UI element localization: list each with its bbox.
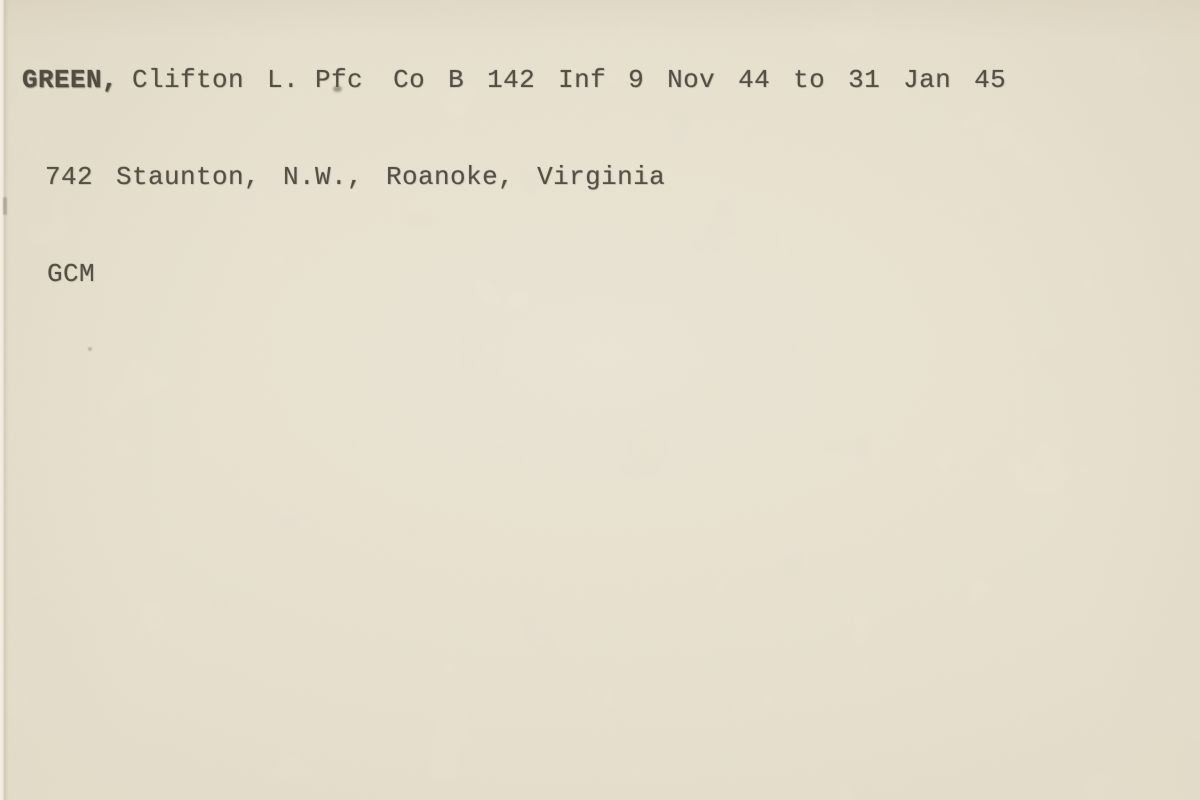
soldier-given-name: Clifton L.	[132, 62, 299, 99]
service-dates: 9 Nov 44 to 31 Jan 45	[628, 62, 1006, 99]
soldier-surname: GREEN,	[22, 62, 118, 99]
typed-text-block: GREEN, Clifton L. Pfc Co B 142 Inf 9 Nov…	[0, 2, 1200, 353]
soldier-rank: Pfc	[315, 62, 363, 99]
index-card: GREEN, Clifton L. Pfc Co B 142 Inf 9 Nov…	[0, 0, 1200, 800]
gcm-notation: GCM	[47, 256, 95, 293]
ink-speck	[333, 86, 342, 92]
faint-ink-speck	[88, 347, 92, 351]
typed-line-address: 742 Staunton, N.W., Roanoke, Virginia	[45, 159, 1200, 196]
soldier-address: 742 Staunton, N.W., Roanoke, Virginia	[45, 159, 665, 196]
typed-line-notation: GCM	[47, 256, 1200, 293]
soldier-unit: Co B 142 Inf	[393, 62, 606, 99]
typed-line-name-rank-unit-dates: GREEN, Clifton L. Pfc Co B 142 Inf 9 Nov…	[22, 62, 1200, 99]
